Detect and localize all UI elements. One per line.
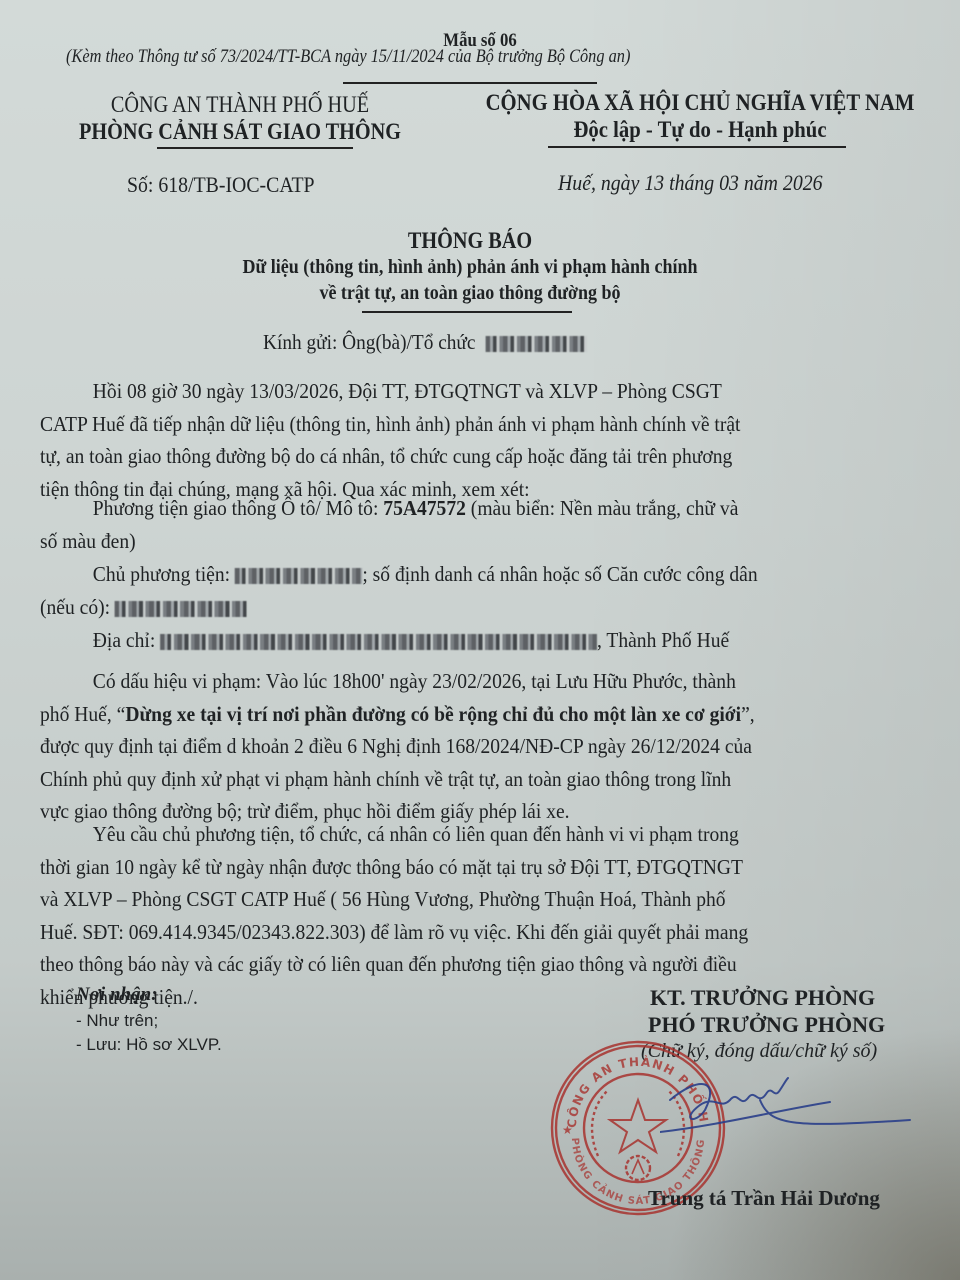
vehicle-label: Phương tiện giao thông Ô tô/ Mô tô:: [93, 496, 384, 520]
intro-line: Hồi 08 giờ 30 ngày 13/03/2026, Đội TT, Đ…: [40, 375, 830, 408]
document-date: Huế, ngày 13 tháng 03 năm 2026: [558, 170, 823, 196]
request-line: theo thông báo này và các giấy tờ có liê…: [40, 948, 830, 981]
violation-line: được quy định tại điểm d khoản 2 điều 6 …: [40, 730, 830, 763]
document-title: THÔNG BÁO: [56, 228, 883, 254]
plate-color: (màu biển: Nền màu trắng, chữ và: [466, 496, 738, 520]
agency-underline: [157, 147, 353, 149]
redacted-owner-name: [235, 568, 362, 584]
agency-department: PHÒNG CẢNH SÁT GIAO THÔNG: [29, 119, 451, 145]
title-underline: [362, 311, 572, 313]
redacted-address: [160, 634, 597, 650]
intro-line: tự, an toàn giao thông đường bộ do cá nh…: [40, 440, 830, 473]
owner-label: Chủ phương tiện:: [93, 562, 235, 586]
request-line: thời gian 10 ngày kể từ ngày nhận được t…: [40, 851, 830, 884]
national-motto: Độc lập - Tự do - Hạnh phúc: [466, 117, 934, 143]
header-divider: [343, 82, 597, 84]
document-number: Số: 618/TB-IOC-CATP: [127, 172, 315, 198]
national-title: CỘNG HÒA XÃ HỘI CHỦ NGHĨA VIỆT NAM: [466, 90, 934, 116]
redacted-recipient: [486, 336, 587, 352]
address-paragraph: Địa chỉ: , Thành Phố Huế: [40, 624, 908, 657]
signatory-title: KT. TRƯỞNG PHÒNG: [650, 985, 875, 1011]
salutation: Kính gửi: Ông(bà)/Tổ chức: [263, 330, 587, 355]
motto-underline: [548, 146, 846, 148]
handwritten-signature-icon: [660, 1070, 920, 1140]
intro-line: CATP Huế đã tiếp nhận dữ liệu (thông tin…: [40, 408, 830, 441]
request-line: và XLVP – Phòng CSGT CATP Huế ( 56 Hùng …: [40, 883, 830, 916]
violation-description: Dừng xe tại vị trí nơi phần đường có bề …: [125, 702, 741, 726]
signatory-name: Trung tá Trần Hải Dương: [648, 1186, 880, 1211]
recipient-item: - Lưu: Hồ sơ XLVP.: [76, 1035, 222, 1055]
signatory-position: PHÓ TRƯỞNG PHÒNG: [648, 1012, 885, 1038]
request-line: Huế. SĐT: 069.414.9345/02343.822.303) để…: [40, 916, 830, 949]
recipients-title: Nơi nhận:: [76, 984, 157, 1006]
license-plate: 75A47572: [383, 496, 466, 520]
request-paragraph: Yêu cầu chủ phương tiện, tổ chức, cá nhâ…: [40, 818, 908, 1013]
owner-id-label-cont: (nếu có):: [40, 595, 115, 619]
document-subtitle-line1: Dữ liệu (thông tin, hình ảnh) phản ánh v…: [47, 256, 893, 279]
request-line: Yêu cầu chủ phương tiện, tổ chức, cá nhâ…: [40, 818, 830, 851]
document-subtitle-line2: về trật tự, an toàn giao thông đường bộ: [47, 282, 893, 305]
plate-color-cont: số màu đen): [40, 525, 830, 558]
agency-name: CÔNG AN THÀNH PHỐ HUẾ: [29, 92, 451, 118]
intro-paragraph: Hồi 08 giờ 30 ngày 13/03/2026, Đội TT, Đ…: [40, 375, 908, 505]
address-label: Địa chỉ:: [93, 628, 160, 652]
violation-line: Có dấu hiệu vi phạm: Vào lúc 18h00' ngày…: [40, 665, 830, 698]
vehicle-paragraph: Phương tiện giao thông Ô tô/ Mô tô: 75A4…: [40, 492, 908, 557]
owner-paragraph: Chủ phương tiện: ; số định danh cá nhân …: [40, 558, 908, 623]
redacted-owner-id: [115, 601, 247, 617]
signature-note: (Chữ ký, đóng dấu/chữ ký số): [641, 1040, 877, 1063]
form-reference: (Kèm theo Thông tư số 73/2024/TT-BCA ngà…: [66, 46, 630, 68]
violation-line: Chính phủ quy định xử phạt vi phạm hành …: [40, 763, 830, 796]
violation-paragraph: Có dấu hiệu vi phạm: Vào lúc 18h00' ngày…: [40, 665, 908, 828]
owner-id-label: ; số định danh cá nhân hoặc số Căn cước …: [362, 562, 757, 586]
svg-text:★: ★: [562, 1123, 573, 1137]
salutation-label: Kính gửi: Ông(bà)/Tổ chức: [263, 330, 475, 354]
address-suffix: , Thành Phố Huế: [597, 628, 729, 652]
recipient-item: - Như trên;: [76, 1011, 158, 1031]
